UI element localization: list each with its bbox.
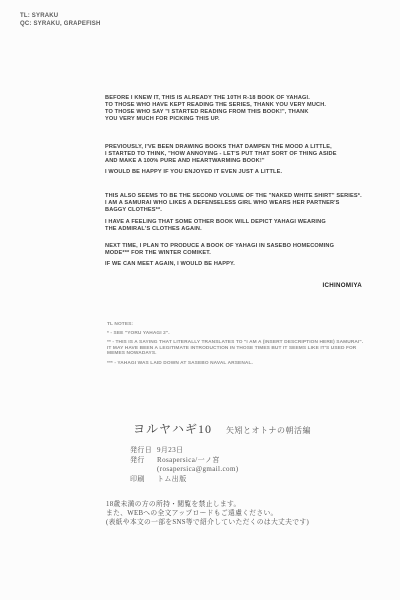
age-restriction-notice: 18歳未満の方の所持・閲覧を禁止します。 また、WEBへの全文アップロードもご遠… [106,501,309,527]
colophon-row: (rosapersica@gmail.com) [130,465,239,475]
afterword-paragraph: NEXT TIME, I PLAN TO PRODUCE A BOOK OF Y… [105,243,367,257]
afterword-paragraph: I WOULD BE HAPPY IF YOU ENJOYED IT EVEN … [105,169,367,176]
colophon: 発行日 9月23日 発行 Rosapersica/一ノ宮 (rosapersic… [130,446,239,484]
translator-credits: TL: SYRAKU QC: SYRAKU, GRAPEFISH [20,13,101,28]
translator-notes-heading: TL NOTES: [107,322,372,327]
translator-note: * - SEE "YORU YAHAGI 2". [107,331,372,336]
afterword-page: TL: SYRAKU QC: SYRAKU, GRAPEFISH BEFORE … [0,0,400,600]
afterword-paragraph: I HAVE A FEELING THAT SOME OTHER BOOK WI… [105,219,367,233]
colophon-row-label [130,465,157,475]
colophon-row-value: Rosapersica/一ノ宮 [157,456,220,466]
translator-notes: TL NOTES: * - SEE "YORU YAHAGI 2". ** - … [107,322,372,370]
translator-note: *** - YAHAGI WAS LAID DOWN AT SASEBO NAV… [107,361,372,366]
colophon-row-value: 9月23日 [157,446,184,456]
colophon-row-value: (rosapersica@gmail.com) [157,465,239,475]
colophon-row-label: 発行 [130,456,157,466]
book-subtitle: 矢矧とオトナの朝活編 [226,426,311,435]
colophon-title-row: ヨルヤハギ10 矢矧とオトナの朝活編 [133,420,311,438]
colophon-row-value: トム出版 [157,475,187,485]
afterword-paragraph: THIS ALSO SEEMS TO BE THE SECOND VOLUME … [105,193,367,214]
translator-note: ** - THIS IS A SAYING THAT LITERALLY TRA… [107,340,372,356]
author-signature: ICHINOMIYA [105,282,362,289]
book-title: ヨルヤハギ10 [133,422,212,436]
afterword-paragraph: IF WE CAN MEET AGAIN, I WOULD BE HAPPY. [105,261,367,268]
colophon-row-label: 発行日 [130,446,157,456]
colophon-row-label: 印刷 [130,475,157,485]
colophon-row: 発行 Rosapersica/一ノ宮 [130,456,239,466]
afterword-paragraph: BEFORE I KNEW IT, THIS IS ALREADY THE 10… [105,95,367,123]
colophon-row: 印刷 トム出版 [130,475,239,485]
colophon-row: 発行日 9月23日 [130,446,239,456]
afterword-paragraph: PREVIOUSLY, I'VE BEEN DRAWING BOOKS THAT… [105,144,367,165]
